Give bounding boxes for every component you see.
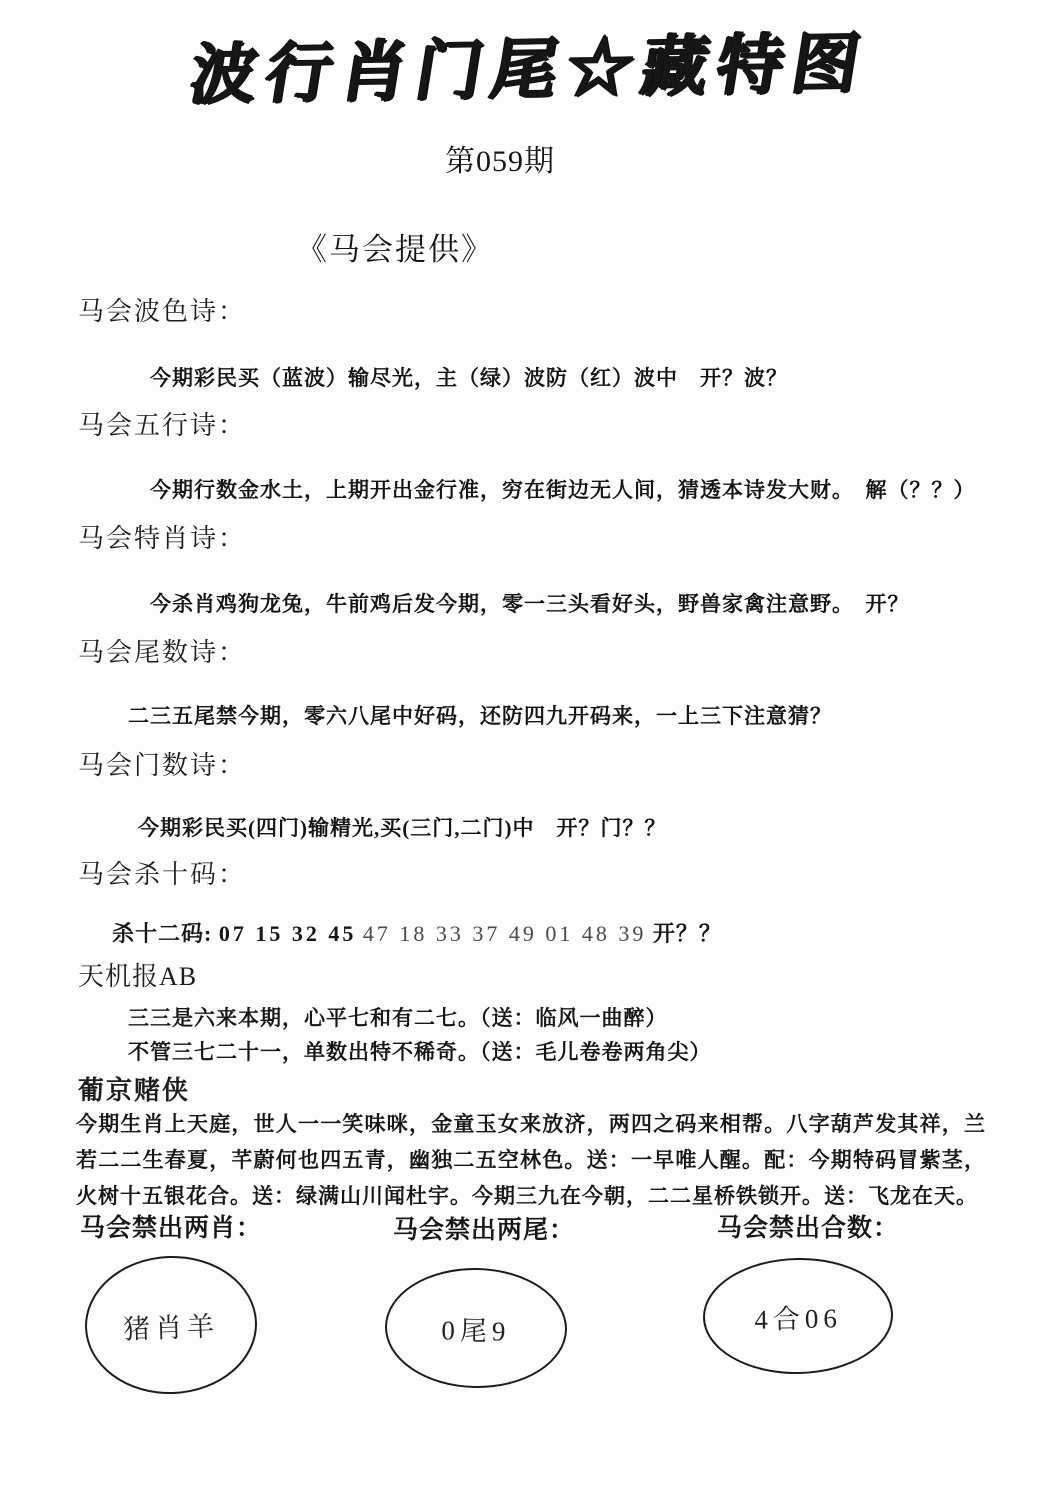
wave-color-poem-heading: 马会波色诗： (78, 291, 246, 328)
door-number-poem-heading: 马会门数诗： (78, 745, 246, 782)
special-zodiac-poem-content: 今杀肖鸡狗龙兔，牛前鸡后发今期，零一三头看好头，野兽家禽注意野。 开？ (150, 588, 910, 618)
kill-codes-light: 47 18 33 37 49 01 48 39 (363, 921, 647, 946)
provider-title: 《马会提供》 (296, 224, 494, 269)
tail-number-poem-content: 二三五尾禁今期，零六八尾中好码，还防四九开码来，一上三下注意猜？ (128, 700, 832, 730)
tianji-line-2: 不管三七二十一，单数出特不稀奇。（送：毛儿卷卷两角尖） (128, 1036, 712, 1066)
tianji-line-1: 三三是六来本期，心平七和有二七。（送：临风一曲醉） (128, 1002, 668, 1032)
pujing-gambler-text: 今期生肖上天庭，世人一一笑味咪，金童玉女来放济，两四之码来相帮。八字葫芦发其祥，… (76, 1106, 986, 1214)
issue-number: 第059期 (0, 136, 1000, 180)
forbidden-zodiac-value: 猪肖羊 (122, 1304, 219, 1346)
kill-codes-heading: 马会杀十码： (78, 854, 246, 891)
five-elements-poem-content: 今期行数金水土，上期开出金行准，穷在街边无人间，猜透本诗发大财。 解（？？） (150, 474, 976, 504)
kill-codes-suffix: 开？？ (653, 921, 722, 946)
forbidden-zodiac-oval: 猪肖羊 (83, 1253, 260, 1397)
forbidden-zodiac-label: 马会禁出两肖： (80, 1208, 262, 1244)
tianji-report-heading: 天机报AB (78, 956, 197, 993)
five-elements-poem-heading: 马会五行诗： (78, 405, 246, 442)
kill-codes-bold: 07 15 32 45 (219, 921, 357, 946)
door-number-poem-content: 今期彩民买(四门)输精光,买(三门,二门)中 开？门？？ (138, 812, 666, 842)
forbidden-tail-oval: 0尾9 (384, 1266, 568, 1389)
forbidden-sum-label: 马会禁出合数： (717, 1208, 899, 1244)
kill-codes-label: 杀十二码: (112, 921, 212, 946)
forbidden-tail-value: 0尾9 (441, 1308, 511, 1348)
tail-number-poem-heading: 马会尾数诗： (78, 632, 246, 669)
page-title: 波行肖门尾☆藏特图 (0, 7, 1060, 120)
special-zodiac-poem-heading: 马会特肖诗： (78, 518, 246, 555)
pujing-gambler-heading: 葡京赌侠 (78, 1070, 190, 1107)
kill-codes-line: 杀十二码: 07 15 32 45 47 18 33 37 49 01 48 3… (112, 917, 722, 948)
forbidden-sum-oval: 4合06 (702, 1256, 894, 1375)
tip-sheet: 波行肖门尾☆藏特图 第059期 《马会提供》 马会波色诗： 今期彩民买（蓝波）输… (0, 0, 1060, 1500)
wave-color-poem-content: 今期彩民买（蓝波）输尽光，主（绿）波防（红）波中 开？波？ (150, 362, 788, 392)
forbidden-sum-value: 4合06 (754, 1296, 842, 1337)
forbidden-tail-label: 马会禁出两尾： (393, 1210, 575, 1246)
